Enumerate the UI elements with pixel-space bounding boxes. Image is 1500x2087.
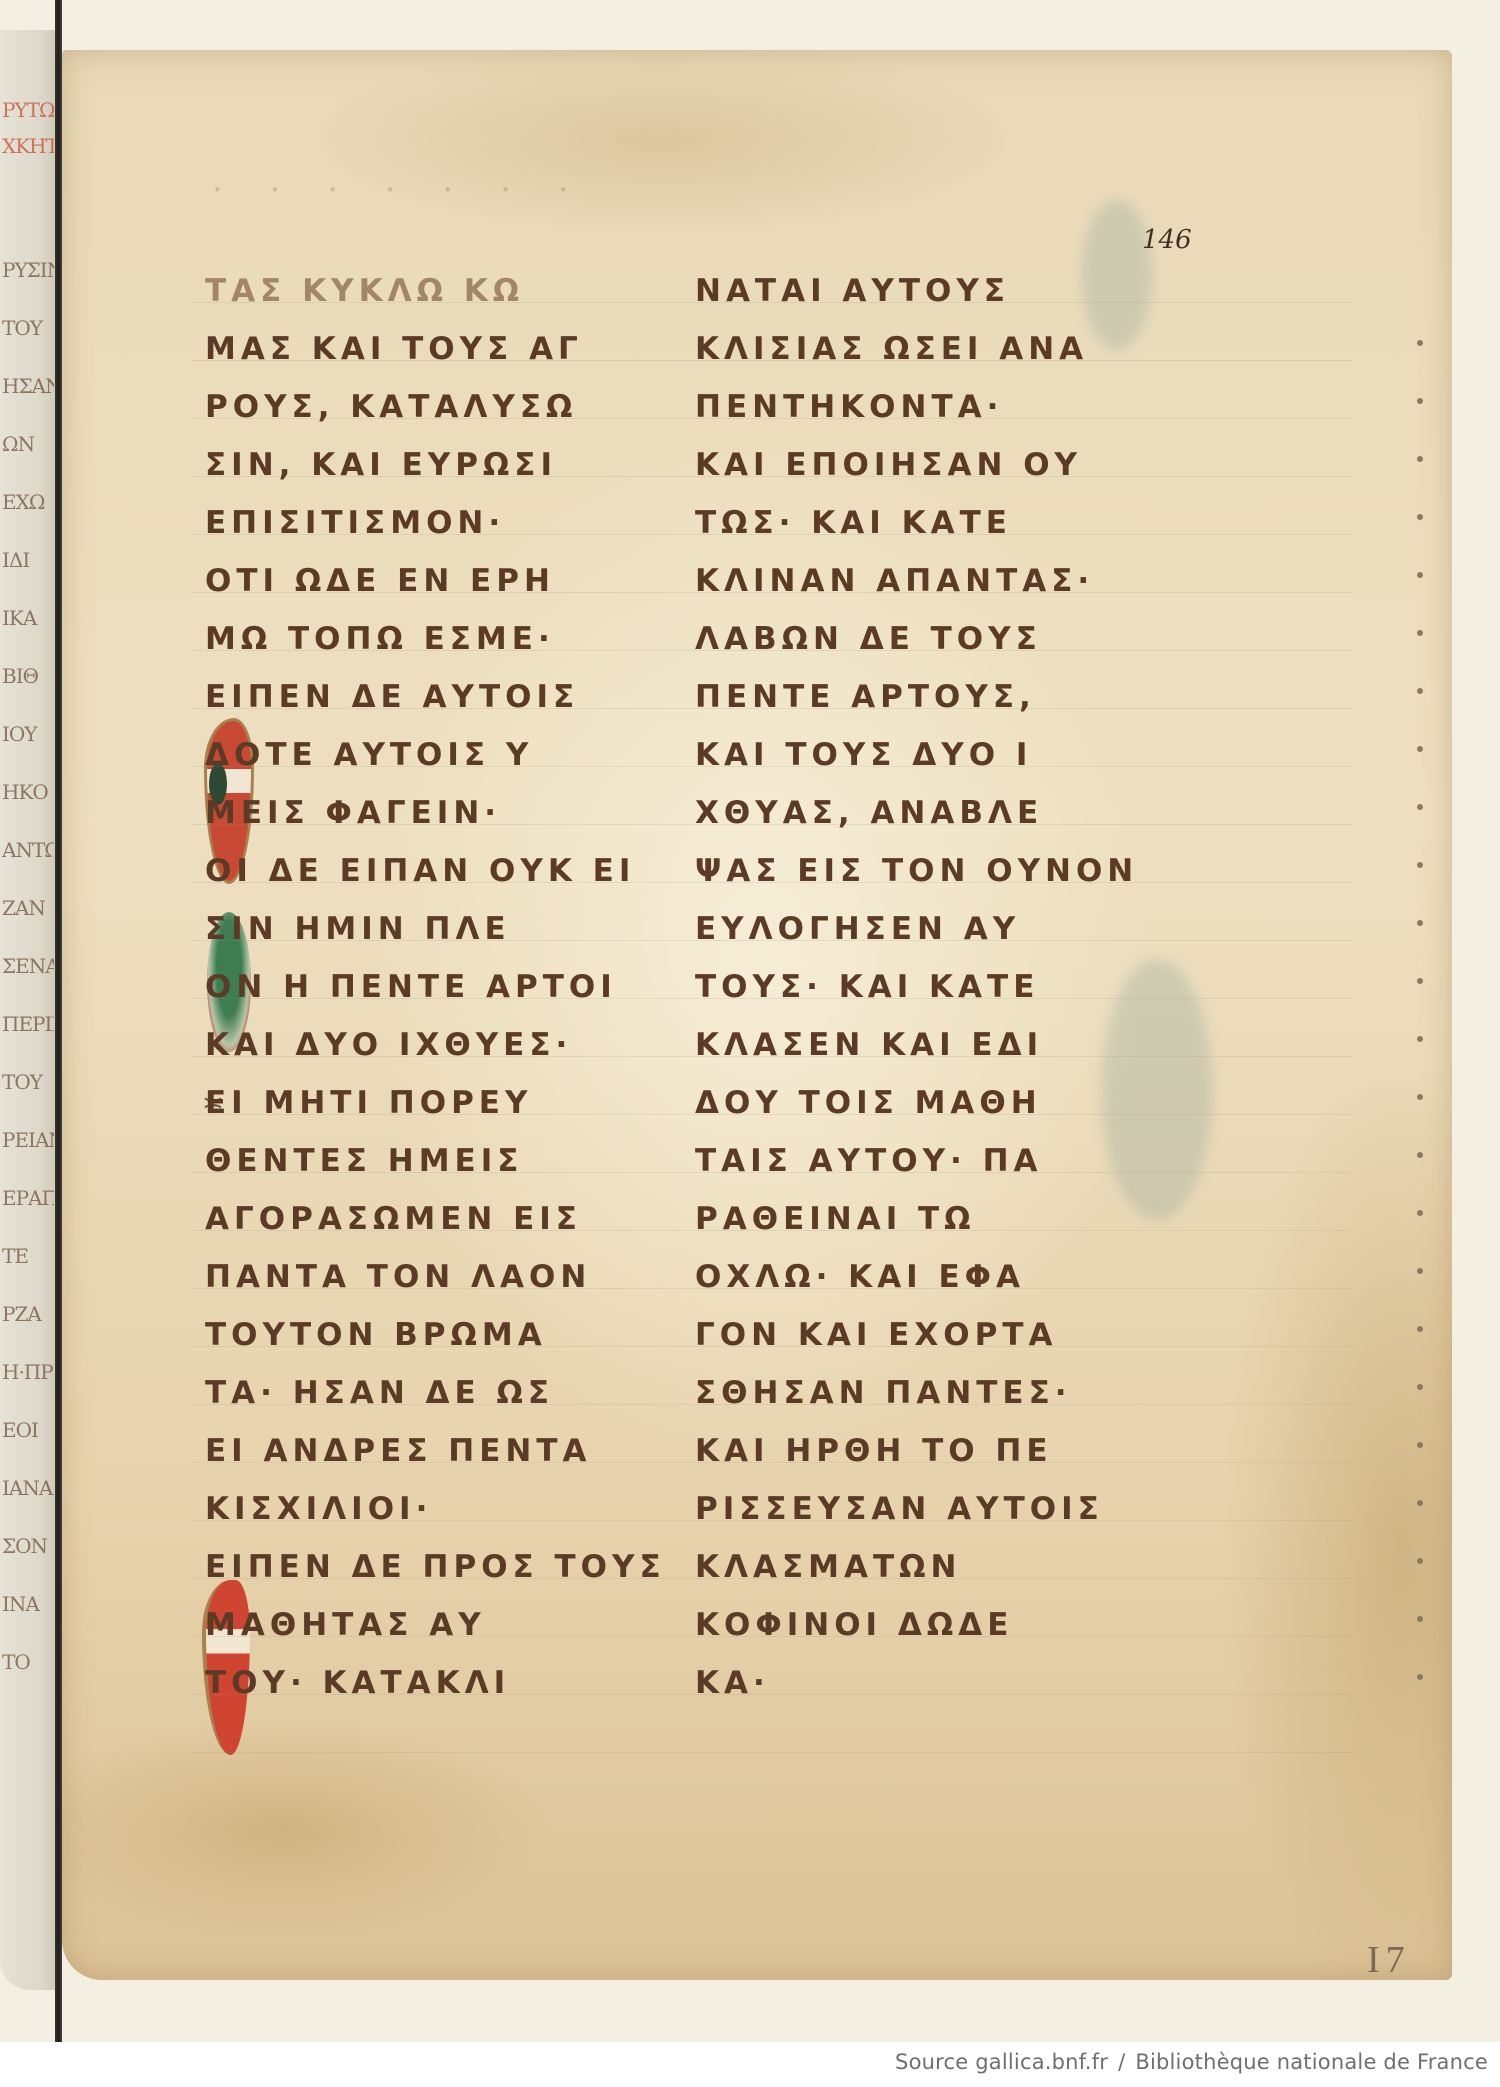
pricking-hole: [1417, 398, 1423, 404]
pricking-hole: [1417, 920, 1423, 926]
pricking-hole: [1417, 340, 1423, 346]
binding-gutter: [55, 0, 62, 2042]
manuscript-line: ΚΛΑΣΜΑΤΩΝ: [695, 1538, 1138, 1596]
folio-number: 146: [1142, 225, 1192, 255]
manuscript-line: ΤΟΥ· ΚΑΤΑΚΛΙ: [205, 1654, 666, 1712]
previous-page-fragment: ΠΕΡΙΚ: [2, 1014, 54, 1034]
ruling-line: [192, 1752, 1352, 1753]
previous-page-fragment: ΕΧΩ: [2, 492, 54, 512]
manuscript-line: ΚΑΙ ΤΟΥΣ ΔΥΟ Ι: [695, 726, 1138, 784]
pricking-hole: [1417, 746, 1423, 752]
previous-page-fragment: ΙΝΑ: [2, 1594, 54, 1614]
pricking-hole: [1417, 978, 1423, 984]
pricking-hole: [1417, 1558, 1423, 1564]
manuscript-line: ΡΙΣΣΕΥΣΑΝ ΑΥΤΟΙΣ: [695, 1480, 1138, 1538]
previous-page-fragment: Η·ΠΡ: [2, 1362, 54, 1382]
manuscript-line: ΚΛΙΣΙΑΣ ΩΣΕΙ ΑΝΑ: [695, 320, 1138, 378]
pricking-hole: [1417, 1674, 1423, 1680]
text-column-left: ΤΑΣ ΚΥΚΛΩ ΚΩΜΑΣ ΚΑΙ ΤΟΥΣ ΑΓΡΟΥΣ, ΚΑΤΑΛΥΣ…: [205, 262, 666, 1712]
previous-page-fragment: ΖΑΝ: [2, 898, 54, 918]
manuscript-line: ΝΑΤΑΙ ΑΥΤΟΥΣ: [695, 262, 1138, 320]
manuscript-line: ΑΓΟΡΑΣΩΜΕΝ ΕΙΣ: [205, 1190, 666, 1248]
manuscript-line: ΚΑΙ ΗΡΘΗ ΤΟ ΠΕ: [695, 1422, 1138, 1480]
manuscript-line: ΣΘΗΣΑΝ ΠΑΝΤΕΣ·: [695, 1364, 1138, 1422]
pricking-hole: [1417, 630, 1423, 636]
manuscript-line: ΤΟΥΣ· ΚΑΙ ΚΑΤΕ: [695, 958, 1138, 1016]
manuscript-line: ΠΕΝΤΗΚΟΝΤΑ·: [695, 378, 1138, 436]
manuscript-line: ΨΑΣ ΕΙΣ ΤΟΝ ΟΥΝΟΝ: [695, 842, 1138, 900]
manuscript-line: ΧΘΥΑΣ, ΑΝΑΒΛΕ: [695, 784, 1138, 842]
pricking-hole: [1417, 1210, 1423, 1216]
manuscript-line: ΤΑ· ΗΣΑΝ ΔΕ ΩΣ: [205, 1364, 666, 1422]
manuscript-line: ΚΑ·: [695, 1654, 1138, 1712]
manuscript-scan: ΡΥΤΩΝΧΚΗΤΡΥΣΙΝΤΟΥΗΣΑΝΩΝΕΧΩΙΔΙΙΚΑΒΙΘΙΟΥΗΚ…: [0, 0, 1500, 2042]
manuscript-line: ΕΙ ΜΗΤΙ ΠΟΡΕΥ: [205, 1074, 666, 1132]
pricking-hole: [1417, 1326, 1423, 1332]
manuscript-line: ΣΙΝ ΗΜΙΝ ΠΛΕ: [205, 900, 666, 958]
previous-page-fragment: ΗΣΑΝ: [2, 376, 54, 396]
manuscript-line: ΚΛΑΣΕΝ ΚΑΙ ΕΔΙ: [695, 1016, 1138, 1074]
previous-page-fragment: ΙΟΥ: [2, 724, 54, 744]
previous-page-fragment: ΣΟΝ: [2, 1536, 54, 1556]
previous-page-fragment: ΤΟΥ: [2, 1072, 54, 1092]
previous-page-fragment: ΩΝ: [2, 434, 54, 454]
manuscript-line: ΚΑΙ ΔΥΟ ΙΧΘΥΕΣ·: [205, 1016, 666, 1074]
previous-page-fragment: ΤΟ: [2, 1652, 54, 1672]
pricking-hole: [1417, 1384, 1423, 1390]
pricking-hole: [1417, 688, 1423, 694]
pricking-hole: [1417, 862, 1423, 868]
previous-page-fragment: ΧΚΗΤ: [2, 136, 54, 156]
previous-page-fragment: ΙΑΝΑ: [2, 1478, 54, 1498]
manuscript-line: ΜΑΣ ΚΑΙ ΤΟΥΣ ΑΓ: [205, 320, 666, 378]
manuscript-line: ΘΕΝΤΕΣ ΗΜΕΙΣ: [205, 1132, 666, 1190]
manuscript-line: ΚΛΙΝΑΝ ΑΠΑΝΤΑΣ·: [695, 552, 1138, 610]
pricking-hole: [1417, 1442, 1423, 1448]
manuscript-line: ΟΝ Η ΠΕΝΤΕ ΑΡΤΟΙ: [205, 958, 666, 1016]
pricking-hole: [1417, 1500, 1423, 1506]
text-column-right: ΝΑΤΑΙ ΑΥΤΟΥΣΚΛΙΣΙΑΣ ΩΣΕΙ ΑΝΑΠΕΝΤΗΚΟΝΤΑ·Κ…: [695, 262, 1138, 1712]
manuscript-line: ΡΟΥΣ, ΚΑΤΑΛΥΣΩ: [205, 378, 666, 436]
source-label: Source gallica.bnf.fr: [895, 2050, 1108, 2074]
previous-page-fragment: ΒΙΘ: [2, 666, 54, 686]
manuscript-line: ΣΙΝ, ΚΑΙ ΕΥΡΩΣΙ: [205, 436, 666, 494]
manuscript-line: ΜΩ ΤΟΠΩ ΕΣΜΕ·: [205, 610, 666, 668]
separator: /: [1118, 2050, 1125, 2074]
manuscript-line: ΤΟΥΤΟΝ ΒΡΩΜΑ: [205, 1306, 666, 1364]
manuscript-line: ΤΩΣ· ΚΑΙ ΚΑΤΕ: [695, 494, 1138, 552]
institution-label: Bibliothèque nationale de France: [1135, 2050, 1488, 2074]
manuscript-line: ΟΤΙ ΩΔΕ ΕΝ ΕΡΗ: [205, 552, 666, 610]
pricking-hole: [1417, 1094, 1423, 1100]
faded-header-rubric: · · · · · · ·: [212, 170, 587, 210]
pricking-hole: [1417, 1152, 1423, 1158]
pricking-hole: [1417, 514, 1423, 520]
previous-page-fragment: ΕΡΑΠΙ: [2, 1188, 54, 1208]
previous-page-fragment: ΡΥΣΙΝ: [2, 260, 54, 280]
pricking-hole: [1417, 456, 1423, 462]
manuscript-line: ΚΟΦΙΝΟΙ ΔΩΔΕ: [695, 1596, 1138, 1654]
previous-page-fragment: ΗΚΟ: [2, 782, 54, 802]
manuscript-line: ΡΑΘΕΙΝΑΙ ΤΩ: [695, 1190, 1138, 1248]
manuscript-line: ΕΙΠΕΝ ΔΕ ΑΥΤΟΙΣ: [205, 668, 666, 726]
manuscript-line: ΔΟΥ ΤΟΙΣ ΜΑΘΗ: [695, 1074, 1138, 1132]
manuscript-line: ΚΙΣΧΙΛΙΟΙ·: [205, 1480, 666, 1538]
manuscript-line: ΛΑΒΩΝ ΔΕ ΤΟΥΣ: [695, 610, 1138, 668]
manuscript-line: ΕΙ ΑΝΔΡΕΣ ΠΕΝΤΑ: [205, 1422, 666, 1480]
manuscript-line: ΤΑΣ ΚΥΚΛΩ ΚΩ: [205, 262, 666, 320]
pricking-hole: [1417, 804, 1423, 810]
manuscript-line: ΕΠΙΣΙΤΙΣΜΟΝ·: [205, 494, 666, 552]
manuscript-line: ΚΑΙ ΕΠΟΙΗΣΑΝ ΟΥ: [695, 436, 1138, 494]
manuscript-line: ΟΙ ΔΕ ΕΙΠΑΝ ΟΥΚ ΕΙ: [205, 842, 666, 900]
previous-page-fragment: ΕΟΙ: [2, 1420, 54, 1440]
previous-page-fragment: ΤΟΥ: [2, 318, 54, 338]
pricking-hole: [1417, 1268, 1423, 1274]
manuscript-line: ΕΙΠΕΝ ΔΕ ΠΡΟΣ ΤΟΥΣ: [205, 1538, 666, 1596]
previous-page-fragment: ΙΚΑ: [2, 608, 54, 628]
manuscript-line: ΕΥΛΟΓΗΣΕΝ ΑΥ: [695, 900, 1138, 958]
manuscript-line: ΤΑΙΣ ΑΥΤΟΥ· ΠΑ: [695, 1132, 1138, 1190]
manuscript-line: ΠΑΝΤΑ ΤΟΝ ΛΑΟΝ: [205, 1248, 666, 1306]
manuscript-line: ΜΑΘΗΤΑΣ ΑΥ: [205, 1596, 666, 1654]
quire-mark: I7: [1367, 1938, 1411, 1982]
previous-page-fragment: ΡΥΤΩΝ: [2, 100, 54, 120]
previous-page-fragment: ΡΕΙΑΝ: [2, 1130, 54, 1150]
previous-page-fragment: ΑΝΤΩΝ: [2, 840, 54, 860]
pricking-hole: [1417, 1036, 1423, 1042]
manuscript-line: ΟΧΛΩ· ΚΑΙ ΕΦΑ: [695, 1248, 1138, 1306]
pricking-hole: [1417, 1616, 1423, 1622]
source-attribution: Source gallica.bnf.fr/Bibliothèque natio…: [895, 2050, 1488, 2074]
previous-page-fragment: ΤΕ: [2, 1246, 54, 1266]
pricking-hole: [1417, 572, 1423, 578]
manuscript-line: ΔΟΤΕ ΑΥΤΟΙΣ Υ: [205, 726, 666, 784]
previous-page-fragment: ΙΔΙ: [2, 550, 54, 570]
previous-page-fragment: ΡΖΑ: [2, 1304, 54, 1324]
manuscript-line: ΓΟΝ ΚΑΙ ΕΧΟΡΤΑ: [695, 1306, 1138, 1364]
previous-page-edge: ΡΥΤΩΝΧΚΗΤΡΥΣΙΝΤΟΥΗΣΑΝΩΝΕΧΩΙΔΙΙΚΑΒΙΘΙΟΥΗΚ…: [0, 30, 58, 1990]
manuscript-line: ΠΕΝΤΕ ΑΡΤΟΥΣ,: [695, 668, 1138, 726]
manuscript-line: ΜΕΙΣ ΦΑΓΕΙΝ·: [205, 784, 666, 842]
previous-page-fragment: ΣΕΝΑ: [2, 956, 54, 976]
footer-bar: Source gallica.bnf.fr/Bibliothèque natio…: [0, 2042, 1500, 2087]
